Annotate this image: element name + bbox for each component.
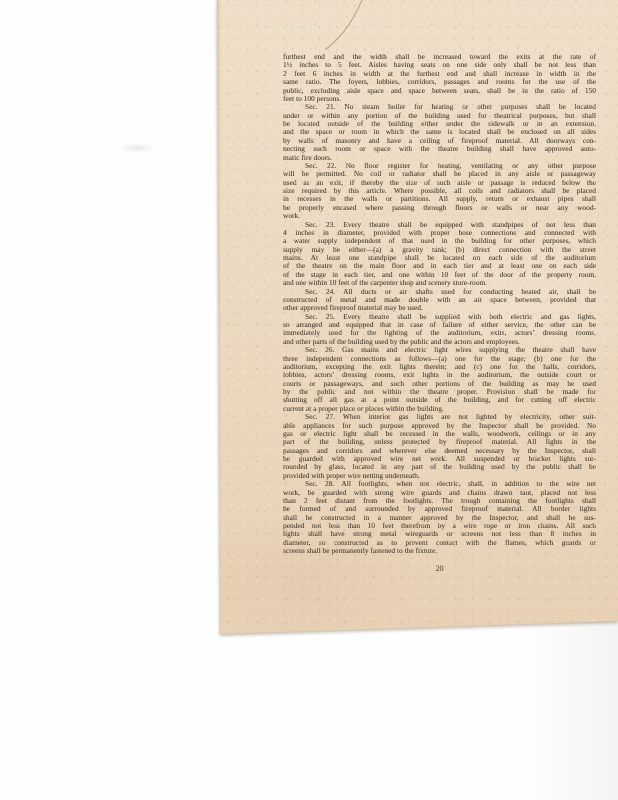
text-line: size required by this article. Where pos…: [283, 187, 596, 195]
paragraph: Sec. 26. Gas mains and electric light wi…: [283, 346, 596, 413]
text-line: diameter, so constructed as to prevent c…: [283, 539, 596, 547]
paragraph: Sec. 21. No steam boiler for heating or …: [283, 103, 596, 162]
text-line: immediately used for the lighting of the…: [283, 329, 596, 337]
paragraph: Sec. 25. Every theatre shall be supplied…: [283, 313, 596, 347]
text-line: than 2 feet distant from the footlights.…: [283, 497, 596, 505]
text-line: be located outside of the building eithe…: [283, 120, 596, 128]
text-line: Sec. 27. When interior gas lights are no…: [283, 413, 596, 421]
text-line: and one within 10 feet of the carpenter …: [283, 279, 596, 287]
text-line: Sec. 26. Gas mains and electric light wi…: [283, 346, 596, 354]
scanner-bed-background: furthest end and the width shall be incr…: [0, 0, 618, 800]
paragraph: Sec. 22. No floor register for heating, …: [283, 162, 596, 221]
text-line: furthest end and the width shall be incr…: [283, 53, 596, 61]
text-line: of the stage in each tier, and one withi…: [283, 271, 596, 279]
text-line: shutting off all gas at a point outside …: [283, 396, 596, 404]
text-line: will be permitted. No coil or radiator s…: [283, 170, 596, 178]
text-line: Sec. 25. Every theatre shall be supplied…: [283, 313, 596, 321]
text-line: be properly encased where passing throug…: [283, 204, 596, 212]
text-line: auditorium, excepting the exit lights th…: [283, 363, 596, 371]
text-line: a water supply independent of that used …: [283, 237, 596, 245]
text-line: screens shall be permanently fastened to…: [283, 547, 596, 555]
text-line: public, excluding aisle space and space …: [283, 87, 596, 95]
text-line: and other parts of the building used by …: [283, 338, 596, 346]
text-line: courts or passageways, and such other po…: [283, 380, 596, 388]
text-line: work, be guarded with strong wire guards…: [283, 489, 596, 497]
text-line: passages and corridors and wherever else…: [283, 447, 596, 455]
text-line: necting such room or space with the thea…: [283, 145, 596, 153]
text-line: 4 inches in diameter, provided with prop…: [283, 229, 596, 237]
text-line: feet to 100 persons.: [283, 95, 596, 103]
text-line: Sec. 28. All footlights, when not electr…: [283, 480, 596, 488]
text-line: under or within any portion of the build…: [283, 112, 596, 120]
text-line: by walls of masonry and have a ceiling o…: [283, 137, 596, 145]
scanned-page: furthest end and the width shall be incr…: [0, 0, 618, 800]
text-line: lights shall have strong metal wireguard…: [283, 530, 596, 538]
paragraph: furthest end and the width shall be incr…: [283, 53, 596, 103]
text-line: and the space or room in which the same …: [283, 128, 596, 136]
text-line: shall be constructed in a manner approve…: [283, 514, 596, 522]
text-line: work.: [283, 212, 596, 220]
text-line: three independent connections as follows…: [283, 355, 596, 363]
page-text: furthest end and the width shall be incr…: [283, 53, 596, 556]
text-line: able appliances for such purpose approve…: [283, 422, 596, 430]
text-line: by the public and not within the theatre…: [283, 388, 596, 396]
text-line: other approved fireproof material may be…: [283, 304, 596, 312]
text-line: gas or electric light shall be recessed …: [283, 430, 596, 438]
text-line: part of the building, unless protected b…: [283, 438, 596, 446]
paragraph: Sec. 27. When interior gas lights are no…: [283, 413, 596, 480]
text-line: Sec. 23. Every theatre shall be equipped…: [283, 221, 596, 229]
text-line: provided with proper wire netting undern…: [283, 472, 596, 480]
text-line: lobbies, actors’ dressing rooms, exit li…: [283, 371, 596, 379]
scan-hair-artifact: [318, 0, 370, 56]
text-line: used as an exit, if thereby the size of …: [283, 179, 596, 187]
text-line: in recesses in the walls or partitions. …: [283, 195, 596, 203]
text-line: same ratio. The foyers, lobbies, corrido…: [283, 78, 596, 86]
text-line: Sec. 21. No steam boiler for heating or …: [283, 103, 596, 111]
text-line: pended not less than 10 feet therefrom b…: [283, 522, 596, 530]
paragraph: Sec. 23. Every theatre shall be equipped…: [283, 221, 596, 288]
text-line: matic fire doors.: [283, 154, 596, 162]
text-line: so arranged and equipped that in case of…: [283, 321, 596, 329]
text-line: be formed of and surrounded by approved …: [283, 505, 596, 513]
text-line: constructed of metal and made double wit…: [283, 296, 596, 304]
text-line: current at a proper place or places with…: [283, 405, 596, 413]
text-line: Sec. 24. All ducts or air shafts used fo…: [283, 288, 596, 296]
text-line: 1½ inches to 5 feet. Aisles having seats…: [283, 61, 596, 69]
page-number: 20: [283, 564, 596, 573]
text-line: be guarded with approved wire net work. …: [283, 455, 596, 463]
text-line: rounded by glass, located in any part of…: [283, 463, 596, 471]
text-line: of the theatre on the main floor and in …: [283, 262, 596, 270]
text-line: mains. At least one standpipe shall be l…: [283, 254, 596, 262]
paragraph: Sec. 24. All ducts or air shafts used fo…: [283, 288, 596, 313]
text-line: 2 feet 6 inches in width at the furthest…: [283, 70, 596, 78]
text-line: Sec. 22. No floor register for heating, …: [283, 162, 596, 170]
paragraph: Sec. 28. All footlights, when not electr…: [283, 480, 596, 555]
text-line: supply may be either—(a) a gravity tank;…: [283, 246, 596, 254]
scanned-page-shadow: furthest end and the width shall be incr…: [0, 0, 618, 800]
